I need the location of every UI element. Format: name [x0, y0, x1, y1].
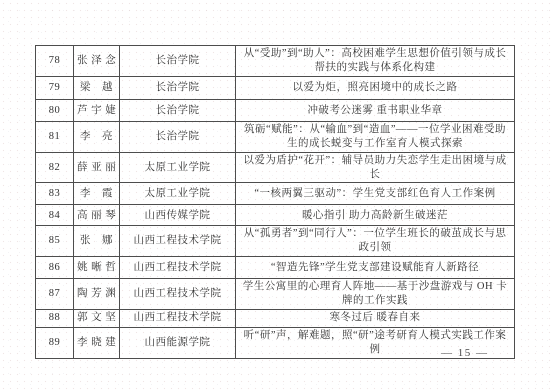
table-row: 78 张 泽 念 长治学院 从“受助”到“助人”：高校困难学生思想价值引领与成长… — [36, 46, 515, 77]
table-row: 80 芦 宇 婕 长治学院 冲破考公迷雾 重书职业华章 — [36, 100, 515, 122]
institution-cell: 山西能源学院 — [120, 327, 236, 358]
award-table: 78 张 泽 念 长治学院 从“受助”到“助人”：高校困难学生思想价值引领与成长… — [35, 45, 515, 359]
institution-cell: 山西工程技术学院 — [120, 257, 236, 279]
name-cell: 李 亮 — [74, 122, 120, 153]
serial-cell: 84 — [36, 205, 74, 226]
serial-cell: 86 — [36, 257, 74, 279]
title-cell: 以爱为盾护“花开”：辅导员助力失恋学生走出困境与成长 — [236, 152, 515, 183]
table-row: 86 姚 晰 哲 山西工程技术学院 “智造先锋”学生党支部建设赋能育人新路径 — [36, 257, 515, 279]
table-row: 82 薛 亚 丽 太原工业学院 以爱为盾护“花开”：辅导员助力失恋学生走出困境与… — [36, 152, 515, 183]
title-cell: 冲破考公迷雾 重书职业华章 — [236, 100, 515, 122]
name-cell: 高 丽 琴 — [74, 205, 120, 226]
institution-cell: 山西工程技术学院 — [120, 279, 236, 310]
name-cell: 芦 宇 婕 — [74, 100, 120, 122]
institution-cell: 山西传媒学院 — [120, 205, 236, 226]
title-cell: 筑砺“赋能”：从“输血”到“造血”——一位学业困难受助生的成长蜕变与工作室育人模… — [236, 122, 515, 153]
serial-cell: 81 — [36, 122, 74, 153]
name-cell: 李 晓 建 — [74, 327, 120, 358]
title-cell: 暖心指引 助力高龄新生破迷茫 — [236, 205, 515, 226]
title-cell: 学生公寓里的心理育人阵地——基于沙盘游戏与 OH 卡牌的工作实践 — [236, 279, 515, 310]
title-cell: “智造先锋”学生党支部建设赋能育人新路径 — [236, 257, 515, 279]
table-row: 85 张 娜 山西工程技术学院 从“孤勇者”到“同行人”：一位学生班长的破茧成长… — [36, 226, 515, 257]
name-cell: 姚 晰 哲 — [74, 257, 120, 279]
serial-cell: 88 — [36, 309, 74, 327]
institution-cell: 长治学院 — [120, 46, 236, 77]
serial-cell: 80 — [36, 100, 74, 122]
name-cell: 张 娜 — [74, 226, 120, 257]
name-cell: 张 泽 念 — [74, 46, 120, 77]
institution-cell: 太原工业学院 — [120, 152, 236, 183]
title-cell: “一核两翼三驱动”：学生党支部红色育人工作案例 — [236, 183, 515, 205]
institution-cell: 长治学院 — [120, 77, 236, 100]
title-cell: 寒冬过后 暖春自来 — [236, 309, 515, 327]
serial-cell: 82 — [36, 152, 74, 183]
table-row: 87 陶 芳 渊 山西工程技术学院 学生公寓里的心理育人阵地——基于沙盘游戏与 … — [36, 279, 515, 310]
serial-cell: 87 — [36, 279, 74, 310]
name-cell: 陶 芳 渊 — [74, 279, 120, 310]
name-cell: 薛 亚 丽 — [74, 152, 120, 183]
serial-cell: 85 — [36, 226, 74, 257]
serial-cell: 79 — [36, 77, 74, 100]
table-body: 78 张 泽 念 长治学院 从“受助”到“助人”：高校困难学生思想价值引领与成长… — [36, 46, 515, 359]
name-cell: 李 霞 — [74, 183, 120, 205]
serial-cell: 89 — [36, 327, 74, 358]
institution-cell: 山西工程技术学院 — [120, 226, 236, 257]
table-row: 84 高 丽 琴 山西传媒学院 暖心指引 助力高龄新生破迷茫 — [36, 205, 515, 226]
institution-cell: 山西工程技术学院 — [120, 309, 236, 327]
table-row: 81 李 亮 长治学院 筑砺“赋能”：从“输血”到“造血”——一位学业困难受助生… — [36, 122, 515, 153]
page-number: — 15 — — [441, 347, 489, 359]
table-row: 83 李 霞 太原工业学院 “一核两翼三驱动”：学生党支部红色育人工作案例 — [36, 183, 515, 205]
serial-cell: 78 — [36, 46, 74, 77]
title-cell: 从“受助”到“助人”：高校困难学生思想价值引领与成长帮扶的实践与体系化构建 — [236, 46, 515, 77]
name-cell: 梁 越 — [74, 77, 120, 100]
institution-cell: 长治学院 — [120, 100, 236, 122]
institution-cell: 太原工业学院 — [120, 183, 236, 205]
institution-cell: 长治学院 — [120, 122, 236, 153]
title-cell: 从“孤勇者”到“同行人”：一位学生班长的破茧成长与思政引领 — [236, 226, 515, 257]
serial-cell: 83 — [36, 183, 74, 205]
title-cell: 以爱为炬，照亮困境中的成长之路 — [236, 77, 515, 100]
name-cell: 郭 文 坚 — [74, 309, 120, 327]
table-row: 88 郭 文 坚 山西工程技术学院 寒冬过后 暖春自来 — [36, 309, 515, 327]
document-page: 78 张 泽 念 长治学院 从“受助”到“助人”：高校困难学生思想价值引领与成长… — [0, 0, 553, 391]
table-row: 79 梁 越 长治学院 以爱为炬，照亮困境中的成长之路 — [36, 77, 515, 100]
